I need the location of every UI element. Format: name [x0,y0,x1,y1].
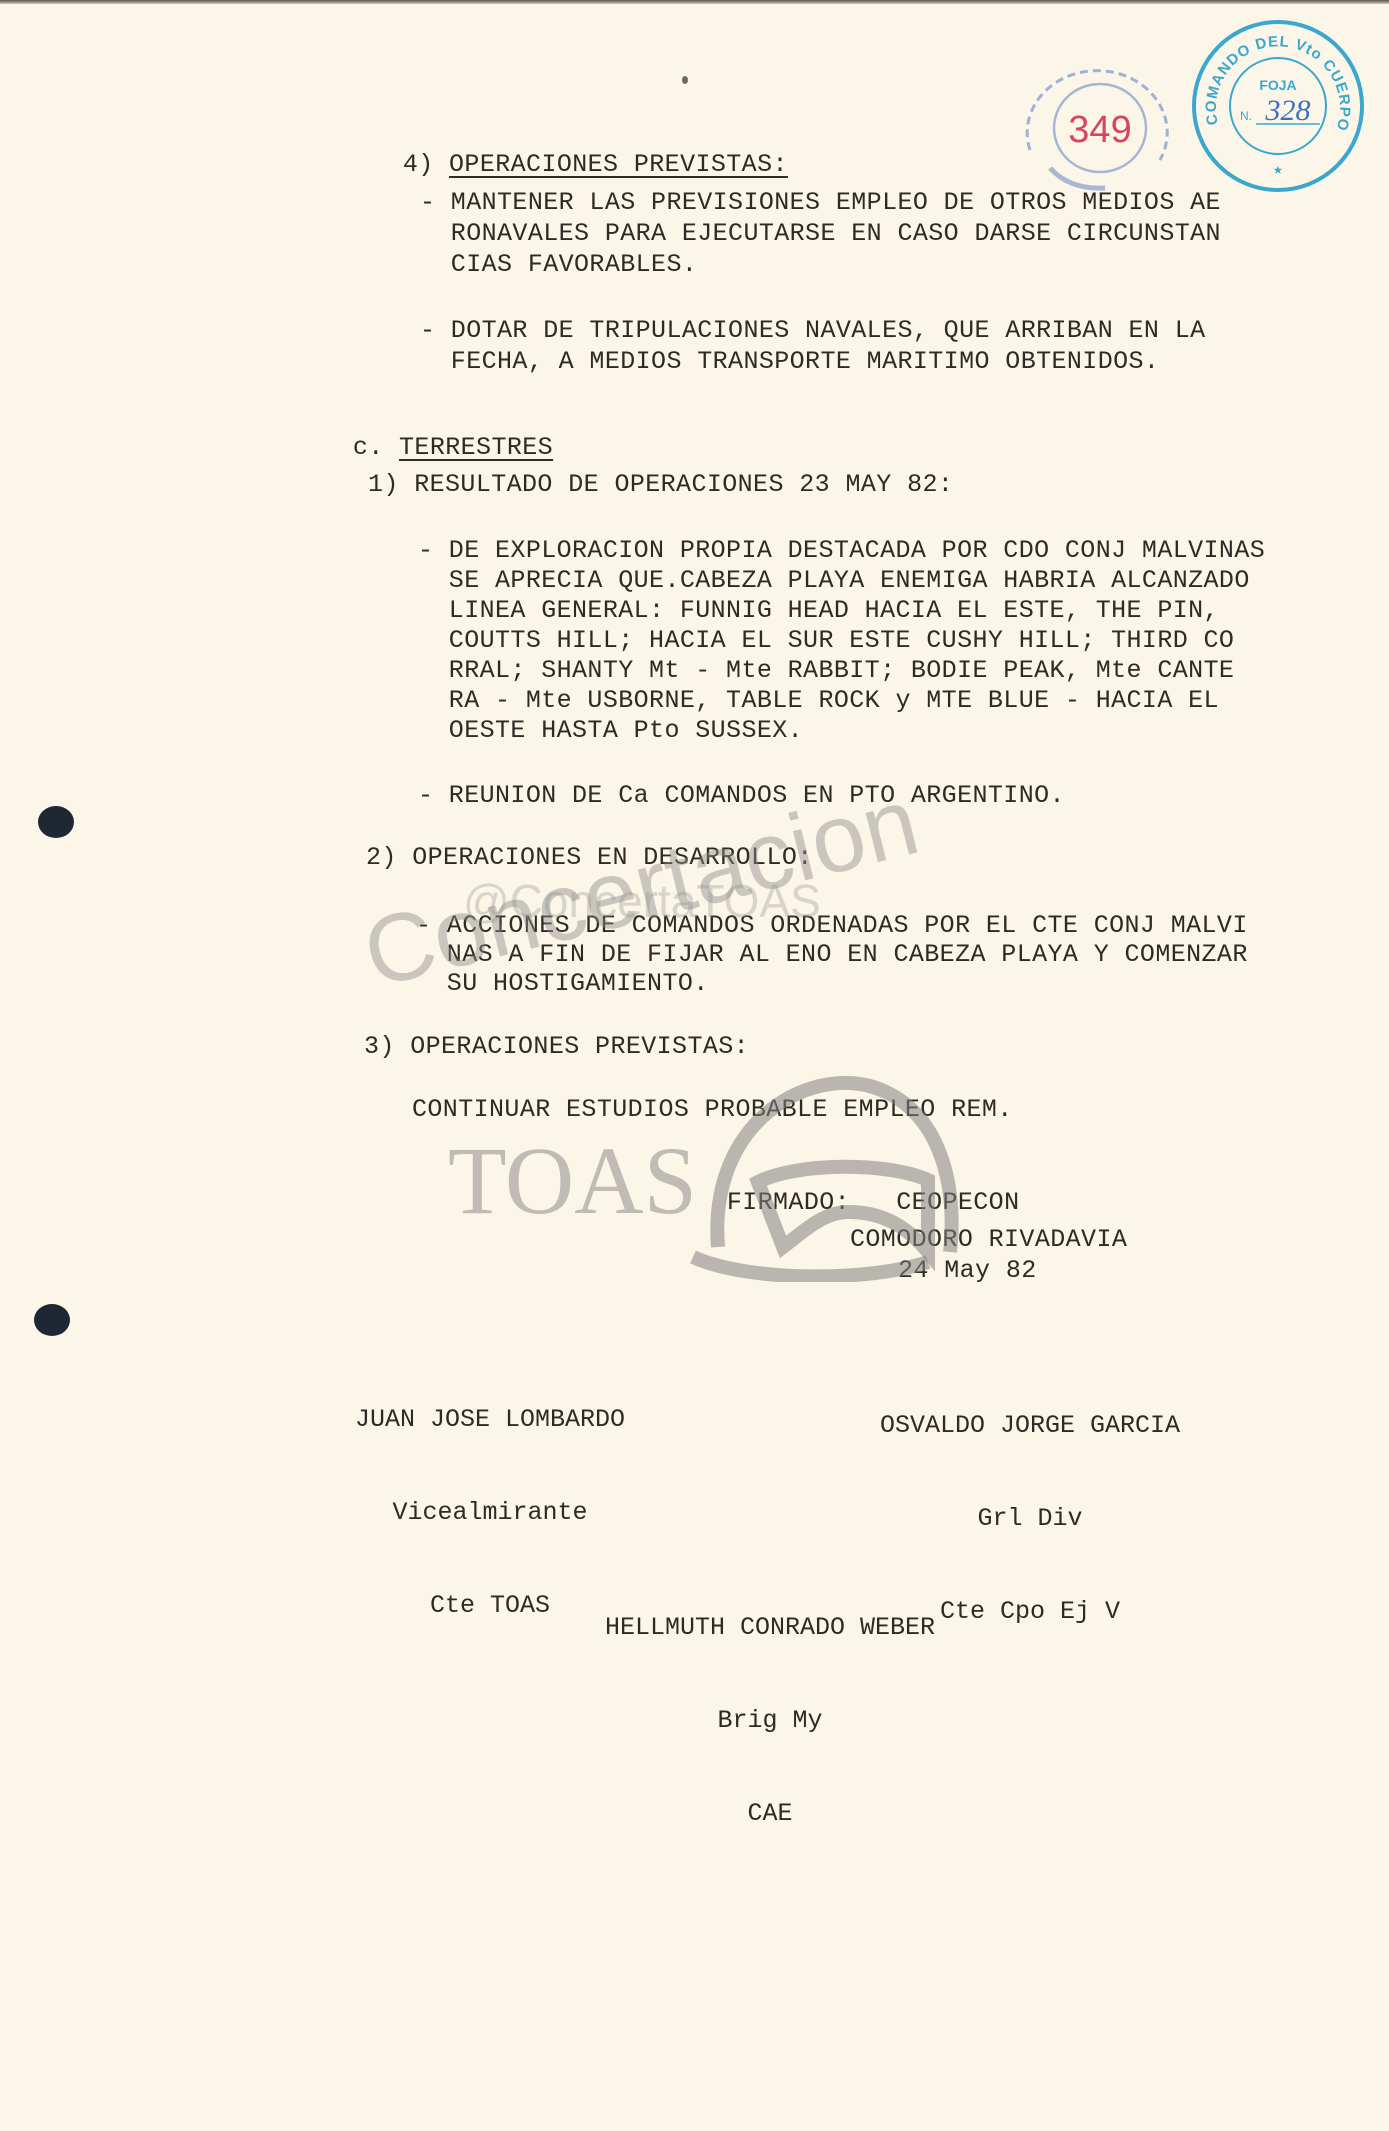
svg-text:349: 349 [1068,109,1131,151]
text-line: - REUNION DE Ca COMANDOS EN PTO ARGENTIN… [418,781,1065,811]
text-line: - ACCIONES DE COMANDOS ORDENADAS POR EL … [416,911,1248,941]
page-top-edge [0,0,1389,4]
text-line: LINEA GENERAL: FUNNIG HEAD HACIA EL ESTE… [418,596,1219,626]
text-line: FECHA, A MEDIOS TRANSPORTE MARITIMO OBTE… [420,347,1159,377]
svg-text:328: 328 [1265,94,1311,127]
text-line: SU HOSTIGAMIENTO. [416,969,709,999]
text-line: COUTTS HILL; HACIA EL SUR ESTE CUSHY HIL… [418,626,1234,656]
text-line: - DOTAR DE TRIPULACIONES NAVALES, QUE AR… [420,316,1206,346]
text-line: RRAL; SHANTY Mt - Mte RABBIT; BODIE PEAK… [418,656,1234,686]
section-heading-4: 4) OPERACIONES PREVISTAS: [372,120,788,180]
paper-speck [682,76,688,84]
signatory-name: OSVALDO JORGE GARCIA [860,1410,1200,1441]
signatory-3: HELLMUTH CONRADO WEBER Brig My CAE [580,1550,960,1860]
registry-stamp-left: 349 [1010,50,1190,200]
subsection-heading-3: 3) OPERACIONES PREVISTAS: [364,1032,749,1062]
signatory-rank: Grl Div [860,1503,1200,1534]
text-line: NAS A FIN DE FIJAR AL ENO EN CABEZA PLAY… [416,940,1248,970]
signatory-rank: Brig My [580,1705,960,1736]
text-line: RA - Mte USBORNE, TABLE ROCK y MTE BLUE … [418,686,1219,716]
text-line: CIAS FAVORABLES. [420,250,697,280]
text-line: OESTE HASTA Pto SUSSEX. [418,716,803,746]
text-line: - MANTENER LAS PREVISIONES EMPLEO DE OTR… [420,188,1221,218]
text-line: RONAVALES PARA EJECUTARSE EN CASO DARSE … [420,219,1221,249]
foja-stamp-right: COMANDO DEL Vto CUERPO DE EJERCITO FOJA … [1188,14,1372,194]
punch-hole-bottom [34,1304,70,1336]
svg-text:FOJA: FOJA [1259,77,1296,93]
signatory-name: JUAN JOSE LOMBARDO [330,1404,650,1435]
signatory-name: HELLMUTH CONRADO WEBER [580,1612,960,1643]
svg-text:★: ★ [1273,161,1283,179]
subsection-heading-2: 2) OPERACIONES EN DESARROLLO: [366,843,813,873]
signatory-role: CAE [580,1798,960,1829]
watermark-toas: TOAS [448,1125,697,1236]
punch-hole-top [38,806,74,838]
subsection-heading-1: 1) RESULTADO DE OPERACIONES 23 MAY 82: [368,470,953,500]
text-line: - DE EXPLORACION PROPIA DESTACADA POR CD… [418,536,1265,566]
helmet-watermark-icon [688,1062,968,1282]
signatory-rank: Vicealmirante [330,1497,650,1528]
section-letter: c. [353,433,384,462]
svg-text:N.: N. [1240,109,1252,123]
section-title: TERRESTRES [399,433,553,462]
heading-text: OPERACIONES PREVISTAS: [449,150,788,179]
heading-number: 4) [403,150,434,179]
text-line: SE APRECIA QUE.CABEZA PLAYA ENEMIGA HABR… [418,566,1250,596]
section-heading-c: c. TERRESTRES [322,403,553,463]
